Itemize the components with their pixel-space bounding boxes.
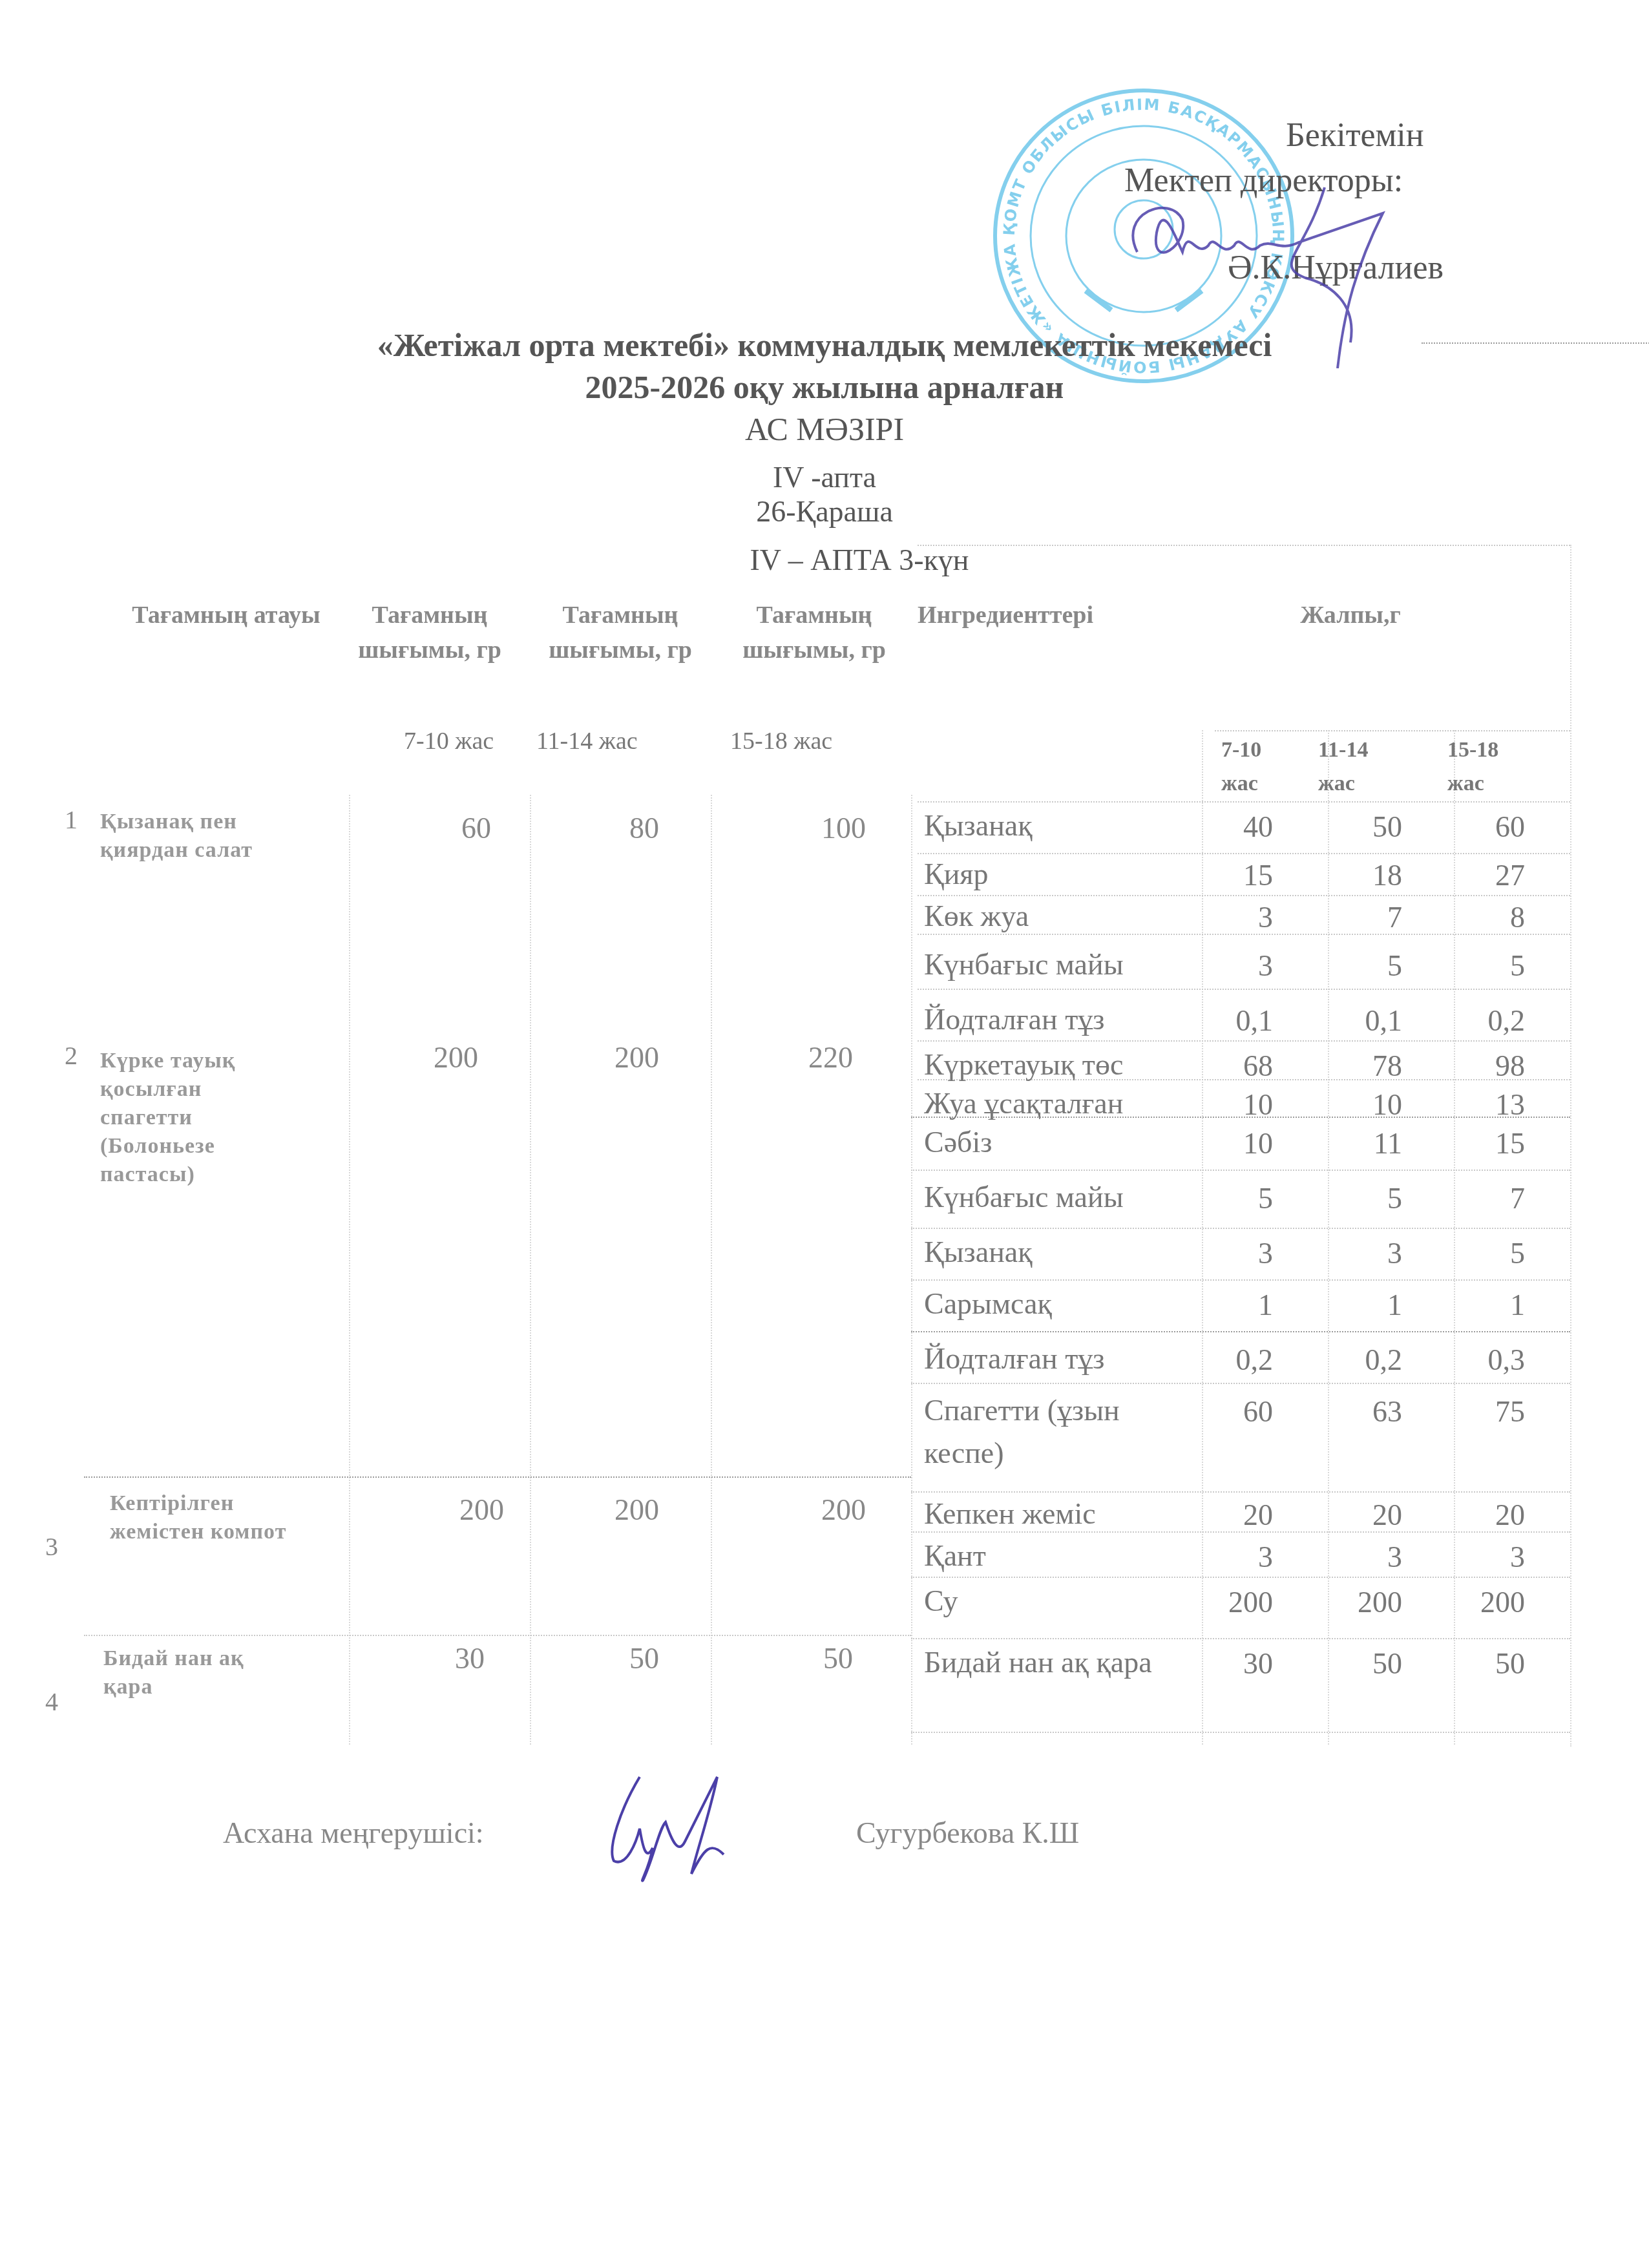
- header-yield-2: Тағамның шығымы, гр: [543, 598, 698, 667]
- ingredient-amount: 3: [1299, 1540, 1402, 1574]
- ingredient-amount: 50: [1299, 1646, 1402, 1681]
- ingredient-amount: 1: [1170, 1288, 1273, 1322]
- ingredient-amount: 0,2: [1170, 1343, 1273, 1377]
- ingredient-amount: 68: [1170, 1049, 1273, 1083]
- yield-age-1: 7-10 жас: [404, 727, 494, 755]
- approval-label: Бекітемін: [1286, 110, 1424, 162]
- yield-age-3: 15-18 жас: [730, 727, 832, 755]
- dish-name: Қызанақ пен қиярдан салат: [100, 808, 294, 865]
- ingredient-amount: 5: [1299, 949, 1402, 983]
- ingredient-name: Кепкен жеміс: [924, 1493, 1096, 1535]
- ingredient-amount: 78: [1299, 1049, 1402, 1083]
- ingredient-amount: 60: [1422, 810, 1525, 844]
- ingredient-amount: 5: [1422, 949, 1525, 983]
- ingredient-amount: 200: [1299, 1585, 1402, 1619]
- dish-yield: 200: [414, 1493, 504, 1527]
- ingredient-name: Сәбіз: [924, 1121, 992, 1164]
- ingredient-amount: 20: [1170, 1498, 1273, 1532]
- ingredient-name: Күркетауық төс: [924, 1044, 1123, 1086]
- ingredient-name: Қант: [924, 1535, 986, 1577]
- ingredient-amount: 5: [1299, 1181, 1402, 1215]
- ingredient-amount: 8: [1422, 900, 1525, 934]
- ingredient-amount: 98: [1422, 1049, 1525, 1083]
- dish-yield: 100: [775, 811, 866, 845]
- ingredient-amount: 13: [1422, 1087, 1525, 1122]
- dish-yield: 60: [401, 811, 491, 845]
- dish-number: 4: [45, 1686, 58, 1717]
- ingredient-amount: 20: [1422, 1498, 1525, 1532]
- dish-yield: 200: [569, 1493, 659, 1527]
- total-age-1: 7-10 жас: [1221, 733, 1279, 801]
- dish-number: 3: [45, 1531, 58, 1562]
- ingredient-name: Бидай нан ақ қара: [924, 1641, 1195, 1684]
- dish-yield: 50: [762, 1641, 853, 1675]
- ingredient-amount: 0,3: [1422, 1343, 1525, 1377]
- ingredient-amount: 10: [1170, 1126, 1273, 1160]
- header-ingredients: Ингредиенттері: [918, 598, 1163, 633]
- ingredient-amount: 10: [1170, 1087, 1273, 1122]
- week-label: IV -апта: [0, 460, 1649, 494]
- dish-number: 1: [65, 804, 78, 835]
- ingredient-name: Қызанақ: [924, 1231, 1033, 1274]
- ingredient-amount: 0,1: [1170, 1003, 1273, 1038]
- total-age-3: 15-18 жас: [1447, 733, 1506, 801]
- ingredient-amount: 7: [1422, 1181, 1525, 1215]
- ingredient-name: Көк жуа: [924, 895, 1029, 938]
- ingredient-amount: 10: [1299, 1087, 1402, 1122]
- dish-yield: 200: [569, 1040, 659, 1075]
- dish-name: Кептірілген жемістен компот: [110, 1489, 304, 1546]
- ingredient-amount: 200: [1170, 1585, 1273, 1619]
- ingredient-amount: 200: [1422, 1585, 1525, 1619]
- footer-name: Сугурбекова К.Ш: [856, 1816, 1079, 1850]
- ingredient-amount: 3: [1170, 1236, 1273, 1270]
- dish-name: Күрке тауық қосылған спагетти (Болоньезе…: [100, 1047, 294, 1189]
- ingredient-amount: 50: [1299, 810, 1402, 844]
- ingredient-amount: 1: [1422, 1288, 1525, 1322]
- ingredient-amount: 0,2: [1299, 1343, 1402, 1377]
- ingredient-name: Қызанақ: [924, 804, 1033, 847]
- header-total: Жалпы,г: [1247, 598, 1454, 633]
- dish-yield: 50: [569, 1641, 659, 1675]
- ingredient-amount: 15: [1170, 858, 1273, 892]
- ingredient-name: Спагетти (ұзын кеспе): [924, 1389, 1195, 1475]
- dish-yield: 200: [388, 1040, 478, 1075]
- ingredient-amount: 63: [1299, 1394, 1402, 1429]
- ingredient-amount: 0,2: [1422, 1003, 1525, 1038]
- dish-yield: 200: [775, 1493, 866, 1527]
- ingredient-amount: 60: [1170, 1394, 1273, 1429]
- ingredient-name: Қияр: [924, 853, 988, 896]
- ingredient-amount: 18: [1299, 858, 1402, 892]
- ingredient-name: Күнбағыс майы: [924, 1176, 1124, 1219]
- ingredient-amount: 1: [1299, 1288, 1402, 1322]
- date-label: 26-Қараша: [0, 494, 1649, 529]
- ingredient-amount: 40: [1170, 810, 1273, 844]
- ingredient-amount: 27: [1422, 858, 1525, 892]
- ingredient-name: Су: [924, 1580, 958, 1622]
- ingredient-amount: 3: [1299, 1236, 1402, 1270]
- ingredient-amount: 30: [1170, 1646, 1273, 1681]
- ingredient-amount: 3: [1170, 1540, 1273, 1574]
- dish-name: Бидай нан ақ қара: [103, 1644, 271, 1701]
- ingredient-name: Күнбағыс майы: [924, 943, 1124, 986]
- ingredient-amount: 20: [1299, 1498, 1402, 1532]
- ingredient-amount: 50: [1422, 1646, 1525, 1681]
- ingredient-name: Жуа ұсақталған: [924, 1082, 1123, 1125]
- week-day-label: IV – АПТА 3-күн: [504, 543, 1215, 577]
- dish-number: 2: [65, 1040, 78, 1071]
- menu-title: АС МӘЗІРІ: [0, 410, 1649, 448]
- ingredient-amount: 15: [1422, 1126, 1525, 1160]
- header-yield-1: Тағамның шығымы, гр: [352, 598, 507, 667]
- header-dish-name: Тағамның атауы: [116, 598, 336, 633]
- footer-role: Асхана меңгерушісі:: [223, 1816, 484, 1850]
- kitchen-manager-signature-icon: [601, 1770, 750, 1887]
- school-title: «Жетіжал орта мектебі» коммуналдық мемле…: [0, 326, 1649, 364]
- yield-age-2: 11-14 жас: [536, 727, 638, 755]
- ingredient-amount: 0,1: [1299, 1003, 1402, 1038]
- dish-yield: 80: [569, 811, 659, 845]
- dish-yield: 30: [394, 1641, 485, 1675]
- ingredient-amount: 3: [1422, 1540, 1525, 1574]
- ingredient-amount: 5: [1422, 1236, 1525, 1270]
- academic-year: 2025-2026 оқу жылына арналған: [0, 368, 1649, 406]
- ingredient-name: Йодталған тұз: [924, 998, 1104, 1041]
- ingredient-amount: 5: [1170, 1181, 1273, 1215]
- dish-yield: 220: [762, 1040, 853, 1075]
- total-age-2: 11-14 жас: [1318, 733, 1376, 801]
- ingredient-amount: 75: [1422, 1394, 1525, 1429]
- ingredient-name: Йодталған тұз: [924, 1338, 1104, 1380]
- ingredient-amount: 3: [1170, 900, 1273, 934]
- ingredient-amount: 11: [1299, 1126, 1402, 1160]
- ingredient-amount: 3: [1170, 949, 1273, 983]
- ingredient-name: Сарымсақ: [924, 1283, 1052, 1325]
- ingredient-amount: 7: [1299, 900, 1402, 934]
- header-yield-3: Тағамның шығымы, гр: [730, 598, 898, 667]
